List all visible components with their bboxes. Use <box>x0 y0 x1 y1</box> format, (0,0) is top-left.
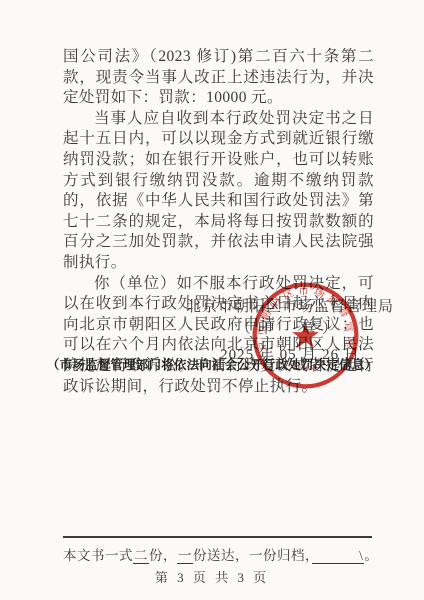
signature-block: 北京市朝阳区市场监督管理局 （印 章） 2025 年 05 月 26 日 <box>186 295 394 364</box>
footer-divider <box>63 536 372 538</box>
footer-note-segment: 二 <box>133 548 149 564</box>
publicity-disclosure-note: （市场监督管理部门将依法向社会公开行政处罚决定信息） <box>0 355 424 373</box>
issuing-authority-name: 北京市朝阳区市场监督管理局 <box>186 295 394 316</box>
footer-note-segment: 本文书一式 <box>63 548 133 563</box>
body-paragraph: 国公司法》（2023 修订)第二百六十条第二款，现责令当事人改正上述违法行为，并… <box>63 47 374 109</box>
seal-placeholder-label: （印 章） <box>186 317 394 338</box>
page-number-indicator: 第 3 页 共 3 页 <box>0 567 424 586</box>
footer-note-segment: 一 <box>177 548 193 564</box>
penalty-decision-document-page: 国公司法》（2023 修订)第二百六十条第二款，现责令当事人改正上述违法行为，并… <box>0 0 424 600</box>
footer-note-segment: 份送达，一份归档， <box>193 548 312 563</box>
footer-note-segment: \ <box>312 548 364 564</box>
footer-note-segment: 。 <box>364 548 378 563</box>
footer-note-segment: 份， <box>149 548 177 563</box>
copies-distribution-note: 本文书一式二份，一份送达，一份归档， \。 <box>63 544 393 564</box>
body-paragraph: 当事人应自收到本行政处罚决定书之日起十五日内，可以以现金方式到就近银行缴纳罚没款… <box>63 109 374 274</box>
